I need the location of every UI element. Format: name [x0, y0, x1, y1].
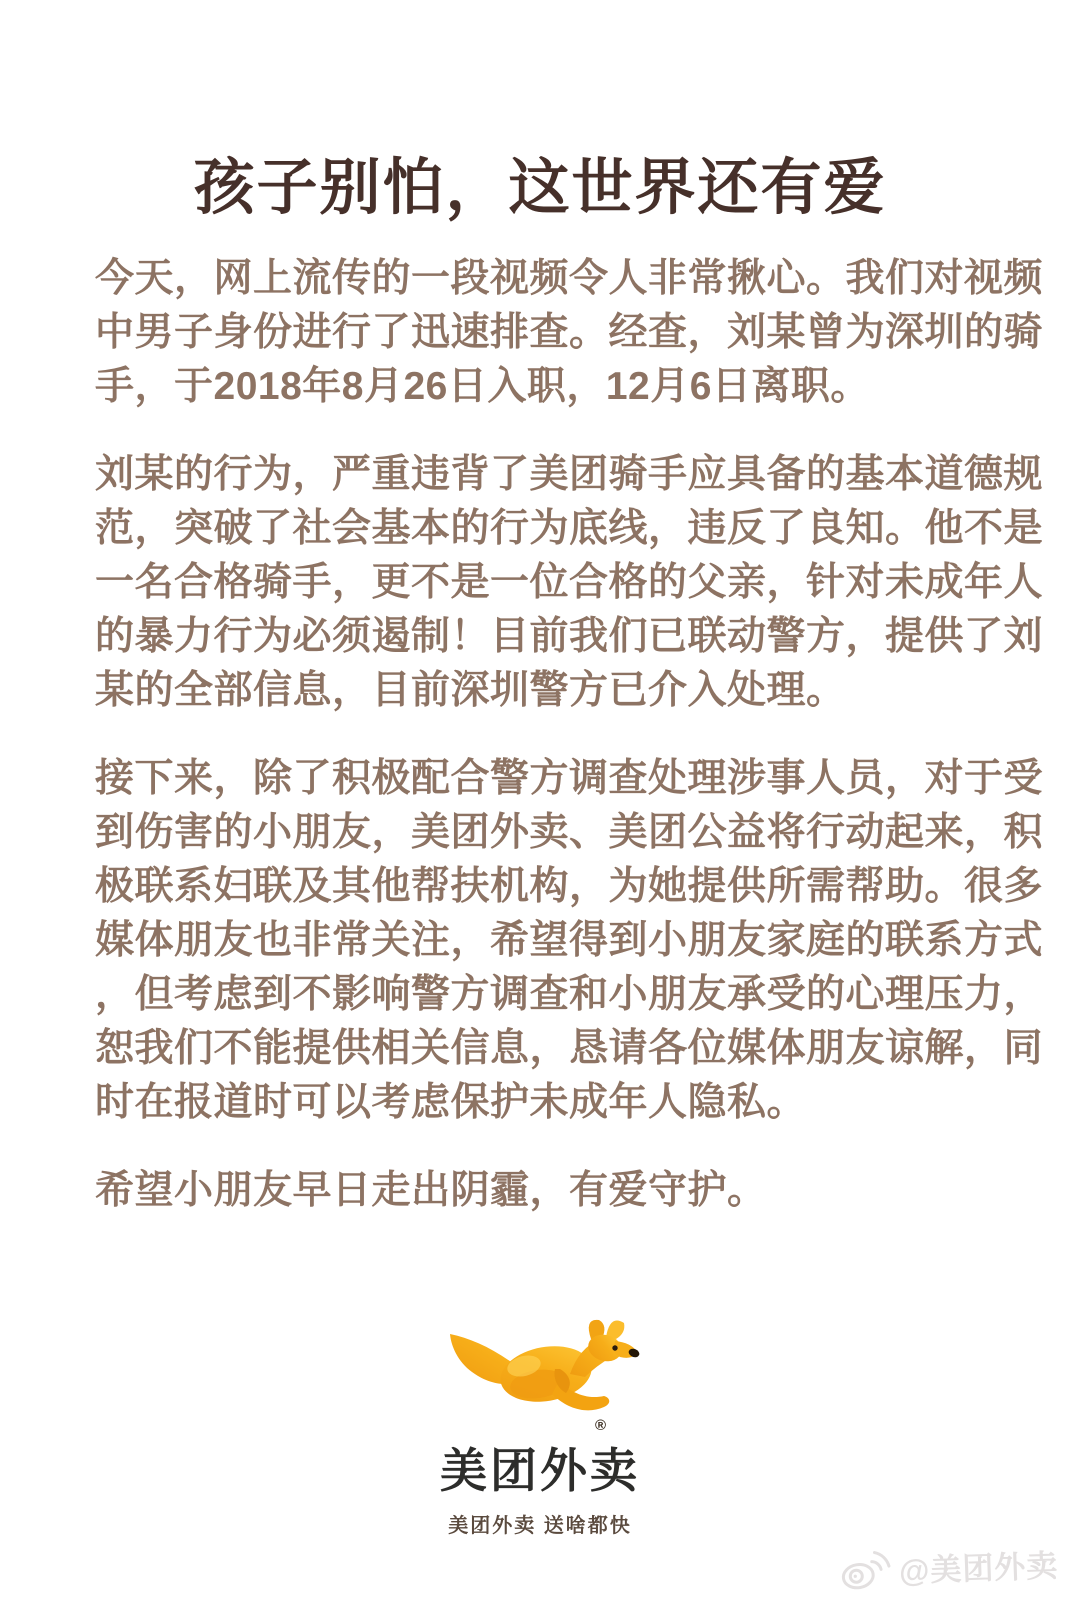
watermark-handle: @美团外卖 [898, 1540, 1059, 1591]
brand-name: 美团外卖 [440, 1434, 640, 1501]
brand-logo: ® 美团外卖 美团外卖 送啥都快 [0, 1312, 1080, 1538]
brand-tagline: 美团外卖 送啥都快 [448, 1509, 632, 1538]
weibo-watermark: @美团外卖 [838, 1540, 1059, 1593]
statement-body: 今天，网上流传的一段视频令人非常揪心。我们对视频 中男子身份进行了迅速排查。经查… [95, 252, 1025, 1252]
registered-mark: ® [595, 1417, 606, 1434]
kangaroo-icon: ® [440, 1312, 640, 1428]
paragraph-3: 接下来，除了积极配合警方调查处理涉事人员，对于受 到伤害的小朋友，美团外卖、美团… [95, 752, 1025, 1130]
paragraph-4: 希望小朋友早日走出阴霾，有爱守护。 [95, 1164, 1025, 1218]
statement-page: 孩子别怕，这世界还有爱 今天，网上流传的一段视频令人非常揪心。我们对视频 中男子… [0, 0, 1080, 1600]
weibo-icon [838, 1547, 892, 1593]
paragraph-1: 今天，网上流传的一段视频令人非常揪心。我们对视频 中男子身份进行了迅速排查。经查… [95, 252, 1025, 414]
statement-title: 孩子别怕，这世界还有爱 [0, 139, 1080, 226]
paragraph-2: 刘某的行为，严重违背了美团骑手应具备的基本道德规 范，突破了社会基本的行为底线，… [95, 448, 1025, 718]
